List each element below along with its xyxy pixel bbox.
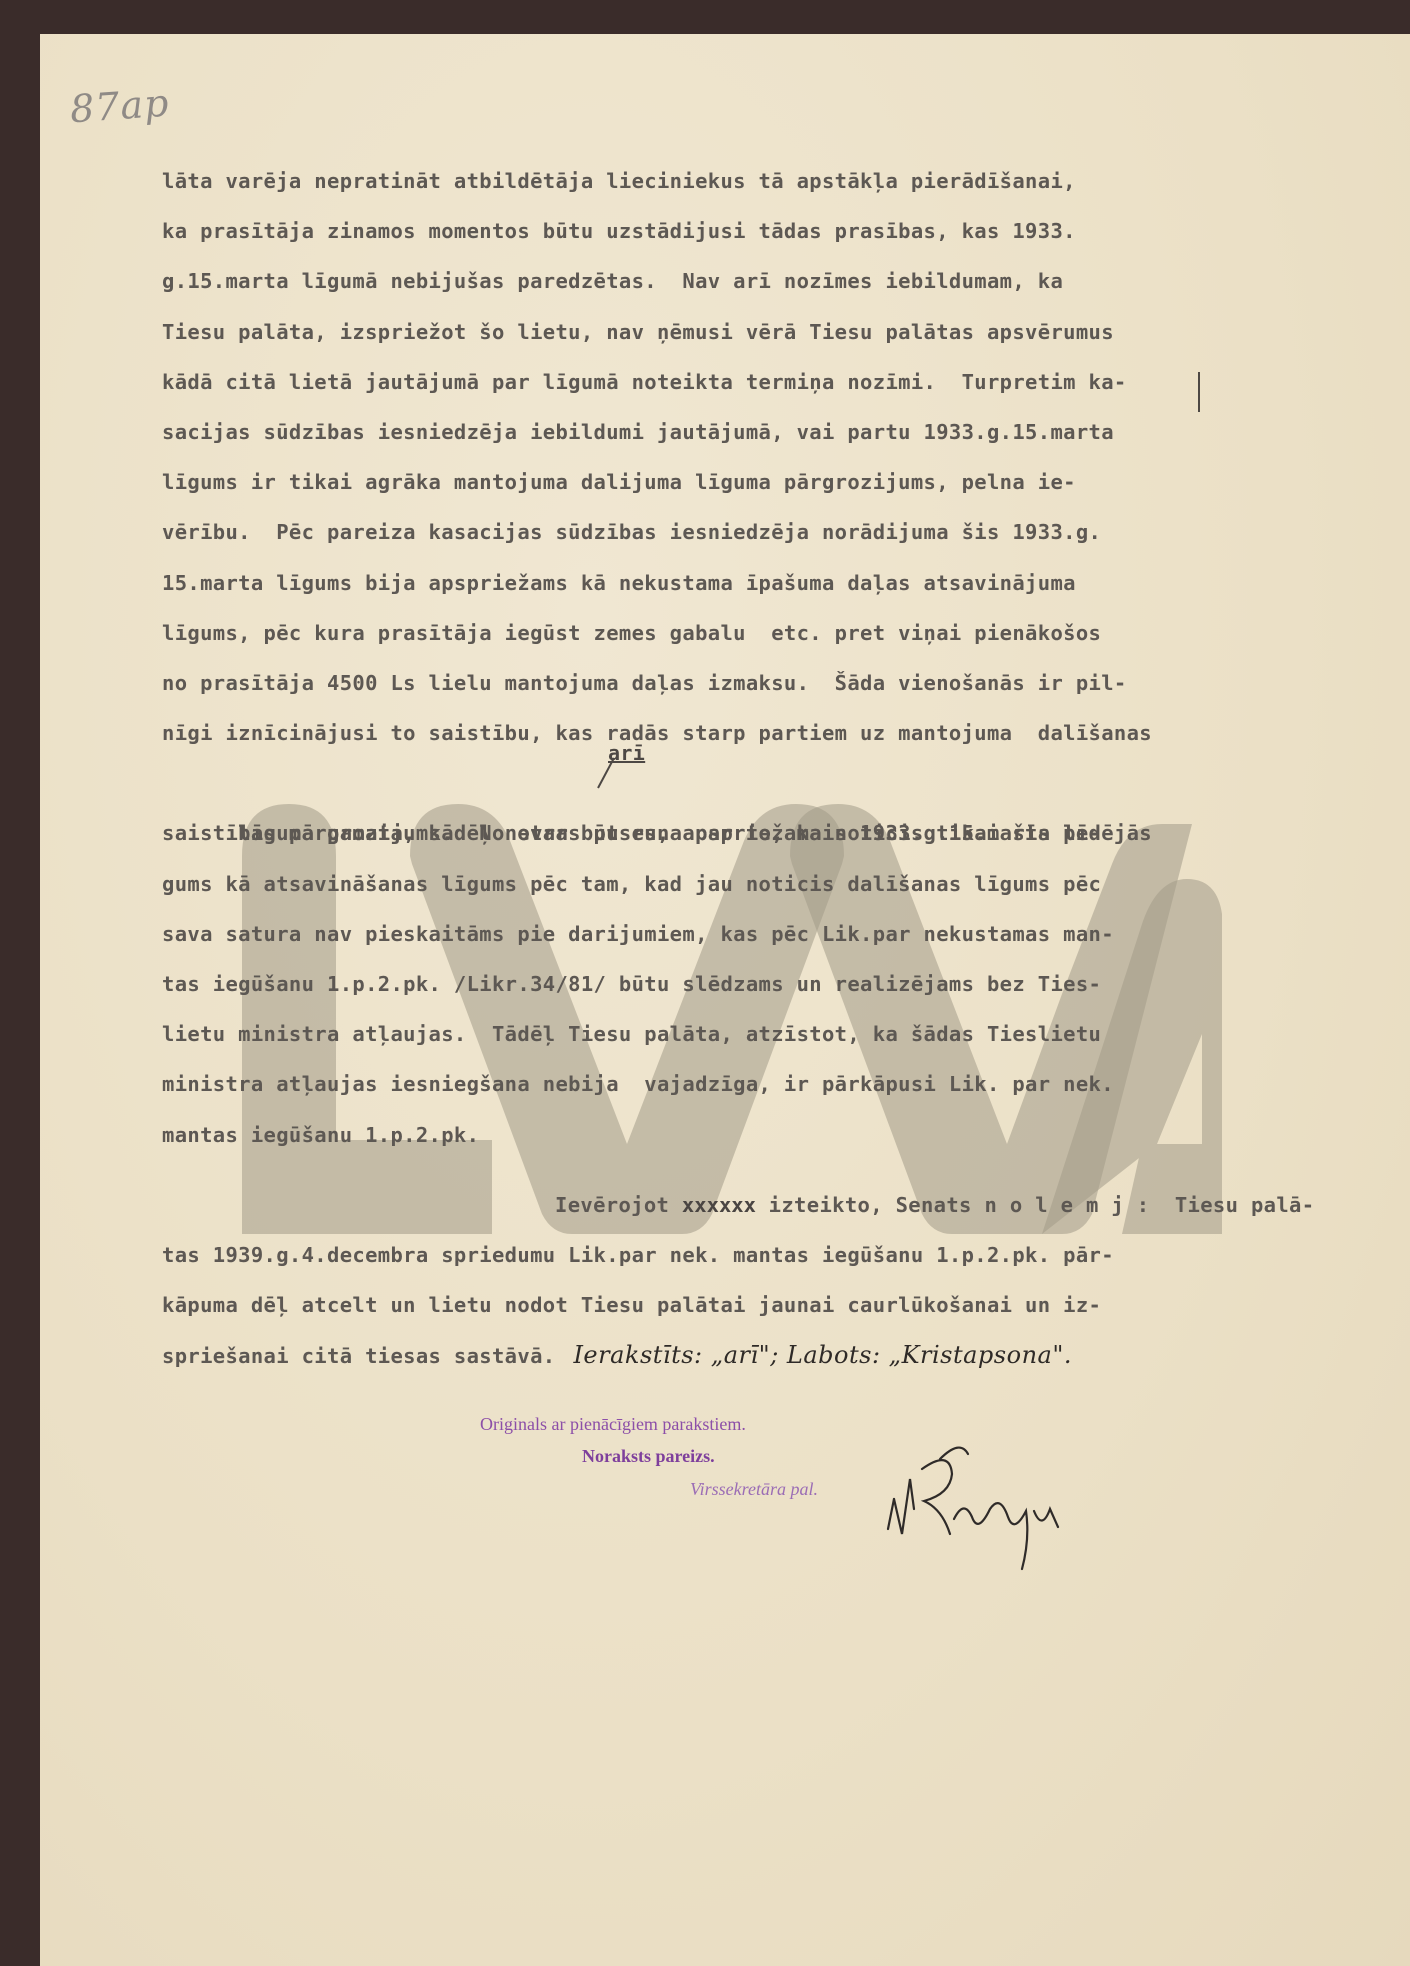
margin-bracket-mark [1198, 372, 1208, 412]
text-line: tas 1939.g.4.decembra spriedumu Lik.par … [162, 1230, 1312, 1280]
text-line: saistības pārgrozijums. No otras puses, … [162, 808, 1312, 858]
typed-insertion-above: arī [608, 728, 645, 778]
text-line: līgums ir tikai agrāka mantojuma dalijum… [162, 457, 1312, 507]
text-line: sava satura nav pieskaitāms pie darijumi… [162, 909, 1312, 959]
struck-out-word: xxxxxx [682, 1193, 756, 1217]
ruling-suffix: izteikto, Senats n o l e m j : Tiesu pal… [756, 1193, 1314, 1217]
text-line: tas iegūšanu 1.p.2.pk. /Likr.34/81/ būtu… [162, 959, 1312, 1009]
text-line: gums kā atsavināšanas līgums pēc tam, ka… [162, 859, 1312, 909]
stamp-secretary-line: Virssekretāra pal. [690, 1479, 818, 1500]
text-line: g.15.marta līgumā nebijušas paredzētas. … [162, 256, 1312, 306]
text-line: 15.marta līgums bija apspriežams kā neku… [162, 558, 1312, 608]
text-line-with-insertion: līguma pamata, kādēļ nevar būt runa par … [162, 758, 1312, 808]
text-line: vērību. Pēc pareiza kasacijas sūdzības i… [162, 507, 1312, 557]
text-line: lāta varēja nepratināt atbildētāja lieci… [162, 156, 1312, 206]
ruling-last-line: spriešanai citā tiesas sastāvā.Ierakstīt… [162, 1330, 1312, 1380]
text-line: no prasītāja 4500 Ls lielu mantojuma daļ… [162, 658, 1312, 708]
text-line-content: spriešanai citā tiesas sastāvā. [162, 1344, 555, 1368]
document-body: lāta varēja nepratināt atbildētāja lieci… [162, 156, 1312, 1381]
text-line: Tiesu palāta, izspriežot šo lietu, nav ņ… [162, 307, 1312, 357]
text-line: ka prasītāja zinamos momentos būtu uzstā… [162, 206, 1312, 256]
text-line: līgums, pēc kura prasītāja iegūst zemes … [162, 608, 1312, 658]
document-page: 87ap lāta varēja nepratināt atbildētāja … [40, 34, 1410, 1966]
text-line: mantas iegūšanu 1.p.2.pk. [162, 1110, 1312, 1160]
text-line: kāpuma dēļ atcelt un lietu nodot Tiesu p… [162, 1280, 1312, 1330]
stamp-copy-correct-line: Noraksts pareizs. [582, 1446, 715, 1467]
text-line: nīgi iznīcinājusi to saistību, kas radās… [162, 708, 1312, 758]
text-line: ministra atļaujas iesniegšana nebija vaj… [162, 1059, 1312, 1109]
ruling-prefix: Ievērojot [555, 1193, 682, 1217]
text-line: lietu ministra atļaujas. Tādēļ Tiesu pal… [162, 1009, 1312, 1059]
stamp-original-line: Originals ar pienācīgiem parakstiem. [480, 1414, 746, 1435]
text-line: kādā citā lietā jautājumā par līgumā not… [162, 357, 1312, 407]
ruling-first-line: Ievērojot xxxxxx izteikto, Senats n o l … [162, 1180, 1312, 1230]
handwritten-correction-note: Ierakstīts: „arī"; Labots: „Kristapsona"… [573, 1341, 1072, 1369]
text-line: sacijas sūdzības iesniedzēja iebildumi j… [162, 407, 1312, 457]
pencil-page-annotation: 87ap [69, 81, 171, 132]
handwritten-signature [880, 1439, 1120, 1579]
